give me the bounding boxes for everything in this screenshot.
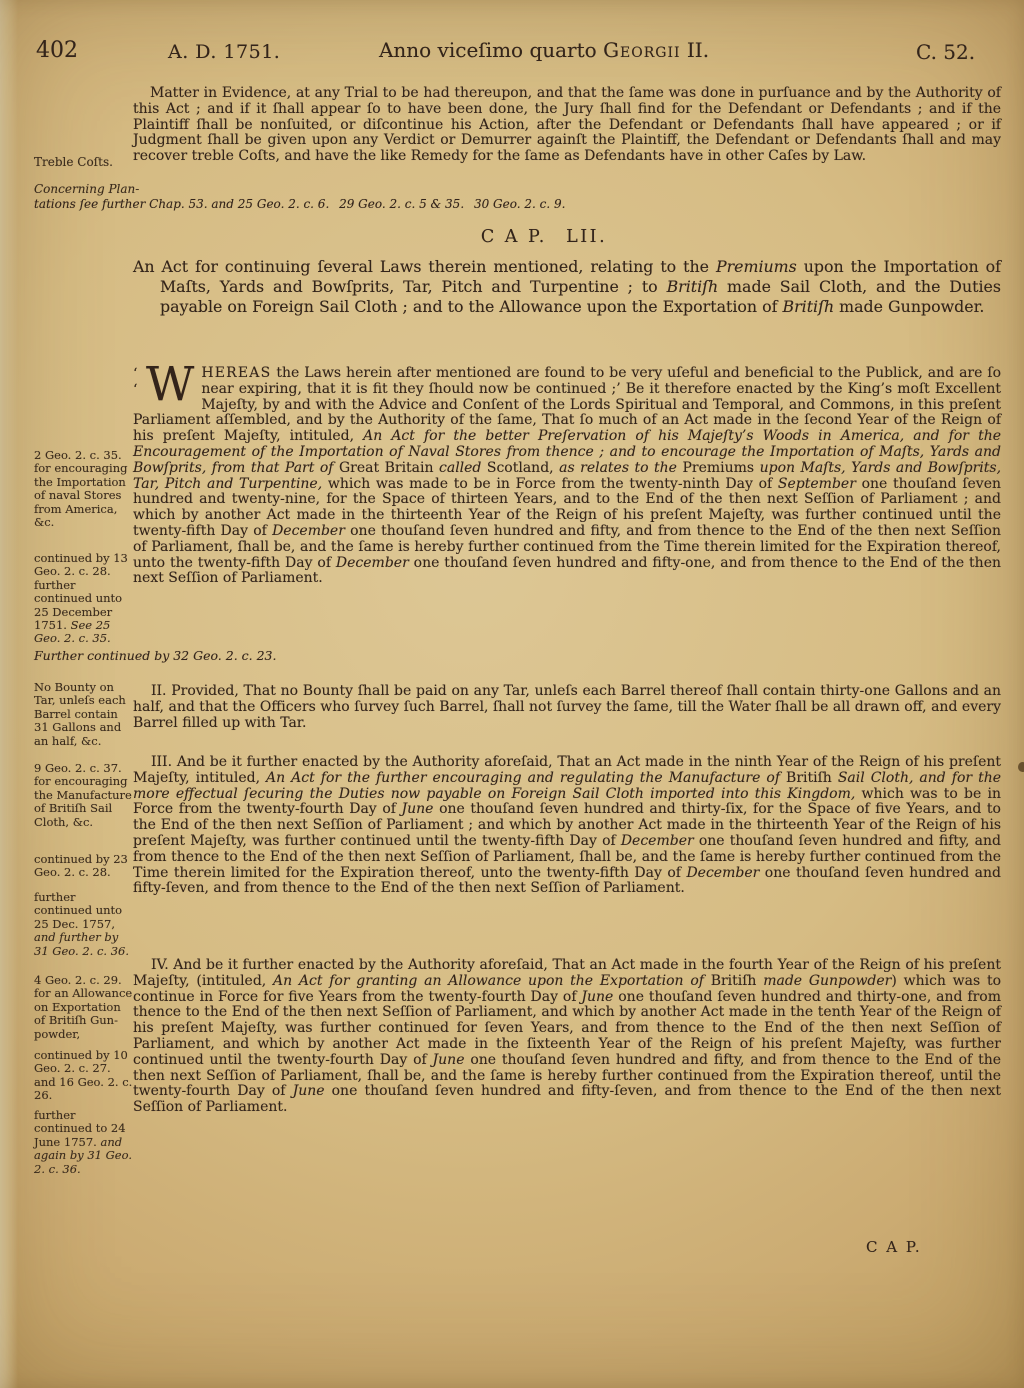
catchword: C A P.: [866, 1238, 922, 1256]
chapter-heading: C A P. LII.: [284, 227, 804, 247]
margin-note-naval-stores: 2 Geo. 2. c. 35. for encouraging the Imp…: [34, 449, 133, 529]
regnal-title: Anno viceſimo quarto Georgii II.: [284, 38, 804, 62]
margin-note-continued-23-geo: continued by 23 Geo. 2. c. 28.: [34, 853, 133, 880]
intro-paragraph: Matter in Evidence, at any Trial to be h…: [133, 86, 1001, 165]
section-1-whereas: ‘ ‘ WHEREAS the Laws herein after mentio…: [133, 366, 1001, 587]
section-4-gunpowder: IV. And be it further enacted by the Aut…: [133, 958, 1001, 1116]
page-blemish: [1018, 762, 1024, 772]
section-2-tar-bounty: II. Provided, That no Bounty ſhall be pa…: [133, 684, 1001, 731]
margin-note-further-1757: further continued unto 25 Dec. 1757, and…: [34, 891, 133, 958]
act-title: An Act for continuing ſeveral Laws there…: [133, 257, 1001, 316]
margin-note-concerning-plantations: Concerning Plan-: [34, 183, 144, 196]
statute-references-line: tations ſee further Chap. 53. and 25 Geo…: [34, 197, 814, 211]
margin-note-further-continued: Further continued by 32 Geo. 2. c. 23.: [34, 648, 454, 663]
margin-note-no-bounty-tar: No Bounty on Tar, unleſs each Barrel con…: [34, 681, 133, 748]
margin-note-sail-cloth-act: 9 Geo. 2. c. 37. for encouraging the Man…: [34, 762, 133, 829]
statute-page: 402 A. D. 1751. Anno viceſimo quarto Geo…: [0, 0, 1024, 1388]
page-number: 402: [36, 38, 78, 63]
year-label: A. D. 1751.: [168, 41, 280, 63]
quote-mark: ‘: [133, 383, 137, 399]
margin-note-gunpowder-allowance: 4 Geo. 2. c. 29. for an Allowance on Exp…: [34, 974, 133, 1041]
margin-note-treble-costs: Treble Coſts.: [34, 156, 133, 169]
section-3-sail-cloth: III. And be it further enacted by the Au…: [133, 755, 1001, 897]
margin-note-further-24-june: further continued to 24 June 1757. and a…: [34, 1109, 133, 1176]
section-1-text: WHEREAS the Laws herein after mentioned …: [133, 365, 1001, 586]
quote-mark: ‘: [133, 367, 137, 383]
chapter-label: C. 52.: [916, 40, 975, 64]
margin-note-continued-10-16-geo: continued by 10 Geo. 2. c. 27. and 16 Ge…: [34, 1049, 133, 1103]
margin-note-continued-13-geo: continued by 13 Geo. 2. c. 28. further c…: [34, 552, 133, 646]
